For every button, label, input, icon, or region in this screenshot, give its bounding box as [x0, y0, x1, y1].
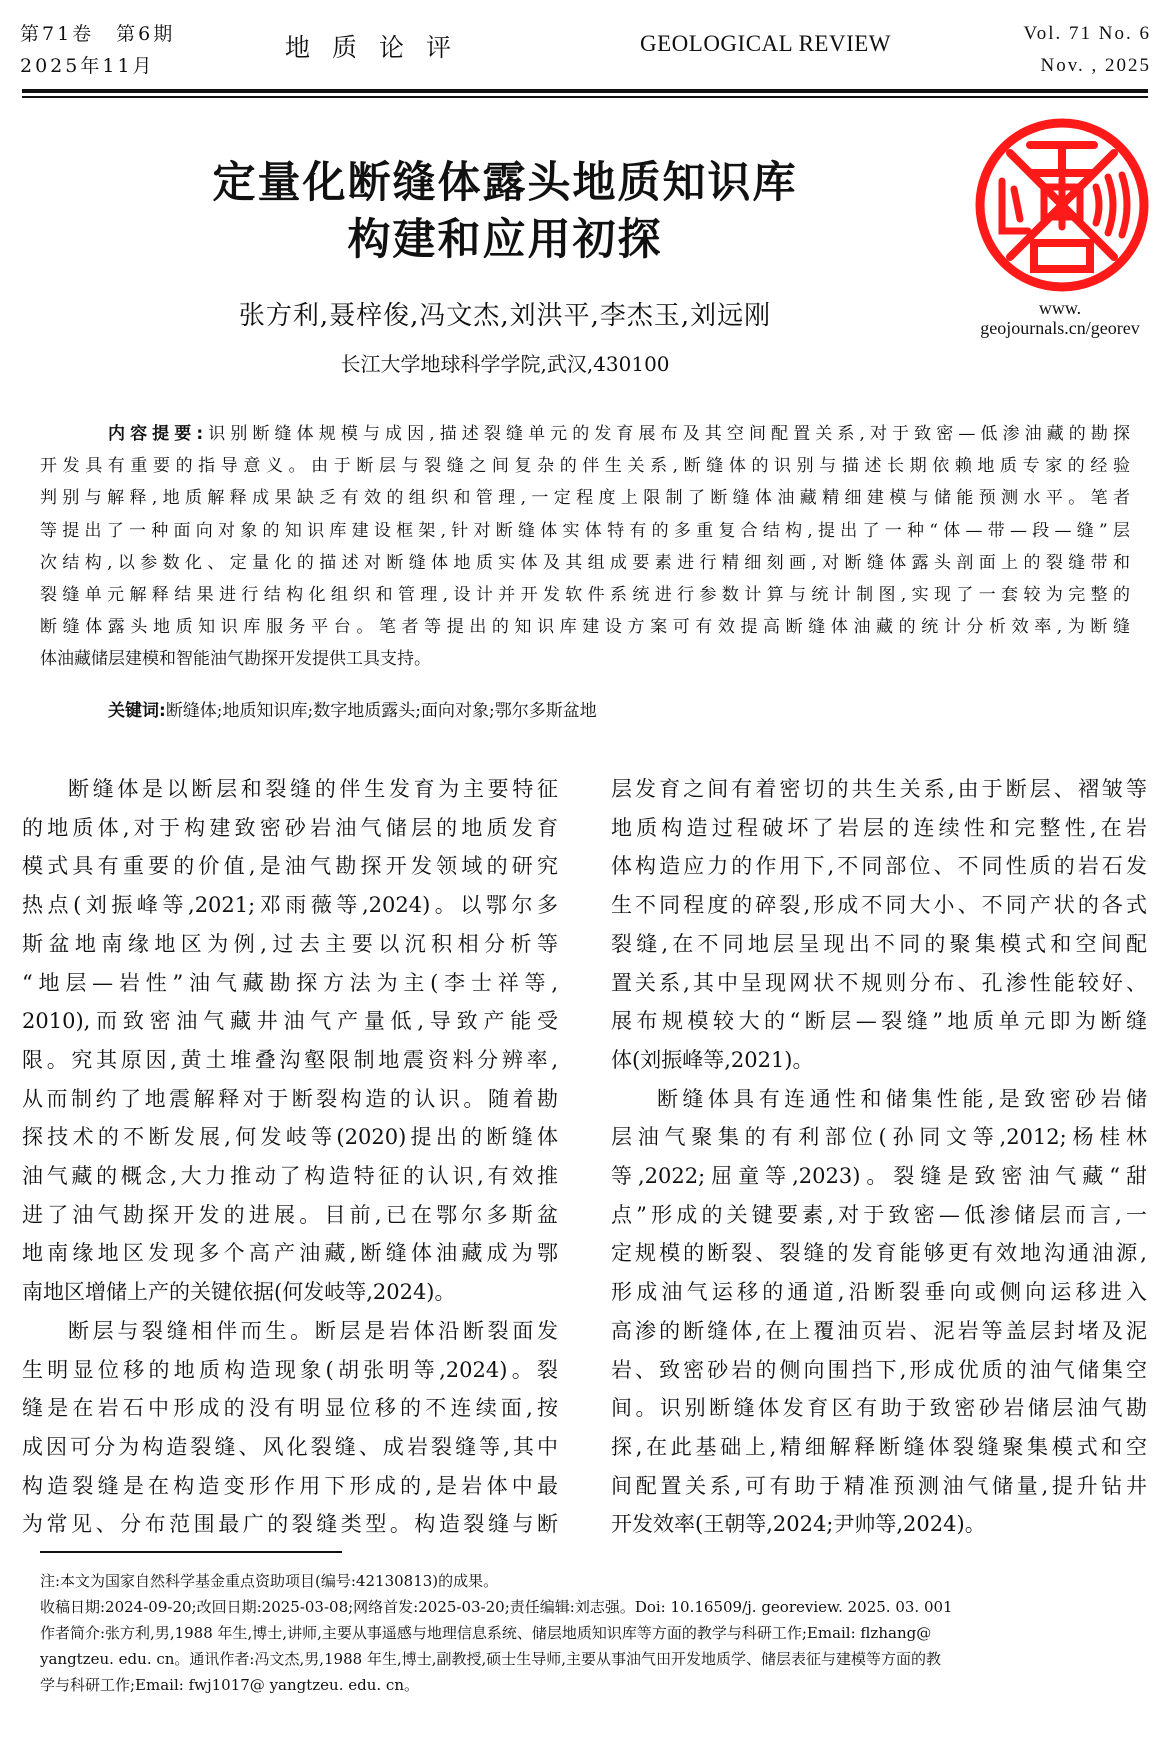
body-text-line: 等,2022;屈童等,2023)。裂缝是致密油气藏“甜 [611, 1157, 1147, 1196]
body-text-line: 高渗的断缝体,在上覆油页岩、泥岩等盖层封堵及泥 [611, 1312, 1147, 1351]
journal-name-en: GEOLOGICAL REVIEW [640, 31, 891, 57]
body-text-line: 置关系,其中呈现网状不规则分布、孔渗性能较好、 [611, 964, 1147, 1003]
keywords: 关键词:断缝体;地质知识库;数字地质露头;面向对象;鄂尔多斯盆地 [108, 696, 597, 721]
body-text-line: 模式具有重要的价值,是油气勘探开发领域的研究 [22, 847, 558, 886]
body-text-line: 体构造应力的作用下,不同部位、不同性质的岩石发 [611, 847, 1147, 886]
issue-date-en: Nov. , 2025 [1023, 50, 1151, 82]
abstract-line: 判别与解释,地质解释成果缺乏有效的组织和管理,一定程度上限制了断缝体油藏精细建模… [40, 482, 1130, 514]
footnote-funding: 注:本文为国家自然科学基金重点资助项目(编号:42130813)的成果。 [40, 1568, 1135, 1594]
body-text-line: 从而制约了地震解释对于断裂构造的认识。随着勘 [22, 1080, 558, 1119]
body-text-line: 斯盆地南缘地区为例,过去主要以沉积相分析等 [22, 925, 558, 964]
title-line-1: 定量化断缝体露头地质知识库 [120, 155, 890, 212]
header-rule-thin [22, 96, 1148, 98]
body-text-line: 南地区增储上产的关键依据(何发岐等,2024)。 [22, 1273, 558, 1312]
abstract-line: 内容提要:识别断缝体规模与成因,描述裂缝单元的发育展布及其空间配置关系,对于致密… [40, 418, 1130, 450]
journal-issue-info: 第71卷 第6期 2025年11月 [20, 18, 175, 82]
body-text-line: 2010),而致密油气藏井油气产量低,导致产能受 [22, 1002, 558, 1041]
footnote-author-bio: yangtzeu. edu. cn。通讯作者:冯文杰,男,1988 年生,博士,… [40, 1646, 1135, 1672]
body-text-line: 进了油气勘探开发的进展。目前,已在鄂尔多斯盆 [22, 1196, 558, 1235]
body-text-line: 成因可分为构造裂缝、风化裂缝、成岩裂缝等,其中 [22, 1428, 558, 1467]
title-line-2: 构建和应用初探 [120, 212, 890, 269]
abstract-line: 体油藏储层建模和智能油气勘探开发提供工具支持。 [40, 643, 1130, 675]
body-text-line: 间。识别断缝体发育区有助于致密砂岩储层油气勘 [611, 1389, 1147, 1428]
body-text-line: 断缝体是以断层和裂缝的伴生发育为主要特征 [22, 770, 558, 809]
keywords-text: 断缝体;地质知识库;数字地质露头;面向对象;鄂尔多斯盆地 [166, 701, 597, 721]
journal-seal-icon [972, 115, 1152, 295]
journal-website-link[interactable]: www. geojournals.cn/georev [955, 298, 1165, 338]
footnote-author-bio: 作者简介:张方利,男,1988 年生,博士,讲师,主要从事遥感与地理信息系统、储… [40, 1620, 1135, 1646]
body-text-line: 热点(刘振峰等,2021;邓雨薇等,2024)。以鄂尔多 [22, 886, 558, 925]
volume-issue: 第71卷 第6期 [20, 18, 175, 50]
body-text-line: “地层—岩性”油气藏勘探方法为主(李士祥等, [22, 964, 558, 1003]
abstract: 内容提要:识别断缝体规模与成因,描述裂缝单元的发育展布及其空间配置关系,对于致密… [40, 418, 1130, 676]
journal-name-cn: 地质论评 [285, 28, 473, 64]
abstract-line: 断缝体露头地质知识库服务平台。笔者等提出的知识库建设方案可有效提高断缝体油藏的统… [40, 611, 1130, 643]
footnote-author-bio: 学与科研工作;Email: fwj1017@ yangtzeu. edu. cn… [40, 1672, 1135, 1698]
footnote-rule [40, 1551, 342, 1553]
url-line-1: www. [955, 298, 1165, 318]
body-text-line: 为常见、分布范围最广的裂缝类型。构造裂缝与断 [22, 1505, 558, 1544]
body-text-line: 岩、致密砂岩的侧向围挡下,形成优质的油气储集空 [611, 1351, 1147, 1390]
body-column-right: 层发育之间有着密切的共生关系,由于断层、褶皱等地质构造过程破坏了岩层的连续性和完… [611, 770, 1147, 1544]
body-text-line: 断缝体具有连通性和储集性能,是致密砂岩储 [611, 1080, 1147, 1119]
body-text-line: 限。究其原因,黄土堆叠沟壑限制地震资料分辨率, [22, 1041, 558, 1080]
body-text-line: 探技术的不断发展,何发岐等(2020)提出的断缝体 [22, 1118, 558, 1157]
body-column-left: 断缝体是以断层和裂缝的伴生发育为主要特征的地质体,对于构建致密砂岩油气储层的地质… [22, 770, 558, 1544]
body-text-line: 定规模的断裂、裂缝的发育能够更有效地沟通油源, [611, 1234, 1147, 1273]
body-text-line: 层发育之间有着密切的共生关系,由于断层、褶皱等 [611, 770, 1147, 809]
url-line-2: geojournals.cn/georev [955, 318, 1165, 338]
abstract-line: 开发具有重要的指导意义。由于断层与裂缝之间复杂的伴生关系,断缝体的识别与描述长期… [40, 450, 1130, 482]
body-text-line: 构造裂缝是在构造变形作用下形成的,是岩体中最 [22, 1467, 558, 1506]
footnote: 注:本文为国家自然科学基金重点资助项目(编号:42130813)的成果。 收稿日… [40, 1568, 1135, 1698]
abstract-line: 次结构,以参数化、定量化的描述对断缝体地质实体及其组成要素进行精细刻画,对断缝体… [40, 547, 1130, 579]
body-text-line: 缝是在岩石中形成的没有明显位移的不连续面,按 [22, 1389, 558, 1428]
body-text-line: 体(刘振峰等,2021)。 [611, 1041, 1147, 1080]
footnote-dates: 收稿日期:2024-09-20;改回日期:2025-03-08;网络首发:202… [40, 1594, 1135, 1620]
body-text-line: 裂缝,在不同地层呈现出不同的聚集模式和空间配 [611, 925, 1147, 964]
article-title: 定量化断缝体露头地质知识库 构建和应用初探 [120, 155, 890, 269]
abstract-line: 等提出了一种面向对象的知识库建设框架,针对断缝体实体特有的多重复合结构,提出了一… [40, 515, 1130, 547]
body-text-line: 地南缘地区发现多个高产油藏,断缝体油藏成为鄂 [22, 1234, 558, 1273]
abstract-text: 识别断缝体规模与成因,描述裂缝单元的发育展布及其空间配置关系,对于致密—低渗油藏… [203, 424, 1130, 444]
body-text-line: 地质构造过程破坏了岩层的连续性和完整性,在岩 [611, 809, 1147, 848]
body-text-line: 点”形成的关键要素,对于致密—低渗储层而言,一 [611, 1196, 1147, 1235]
body-text-line: 展布规模较大的“断层—裂缝”地质单元即为断缝 [611, 1002, 1147, 1041]
issue-date-cn: 2025年11月 [20, 50, 175, 82]
header-rule-thick [22, 89, 1148, 93]
body-text-line: 生不同程度的碎裂,形成不同大小、不同产状的各式 [611, 886, 1147, 925]
keywords-label: 关键词: [108, 701, 166, 721]
volume-number-en: Vol. 71 No. 6 [1023, 18, 1151, 50]
author-list: 张方利,聂梓俊,冯文杰,刘洪平,李杰玉,刘远刚 [120, 295, 890, 332]
body-text-line: 探,在此基础上,精细解释断缝体裂缝聚集模式和空 [611, 1428, 1147, 1467]
body-text-line: 断层与裂缝相伴而生。断层是岩体沿断裂面发 [22, 1312, 558, 1351]
body-text-line: 油气藏的概念,大力推动了构造特征的认识,有效推 [22, 1157, 558, 1196]
body-text-line: 间配置关系,可有助于精准预测油气储量,提升钻井 [611, 1467, 1147, 1506]
abstract-label: 内容提要: [108, 424, 203, 444]
body-text-line: 生明显位移的地质构造现象(胡张明等,2024)。裂 [22, 1351, 558, 1390]
abstract-line: 裂缝单元解释结果进行结构化组织和管理,设计并开发软件系统进行参数计算与统计制图,… [40, 579, 1130, 611]
affiliation: 长江大学地球科学学院,武汉,430100 [120, 348, 890, 377]
body-text-line: 层油气聚集的有利部位(孙同文等,2012;杨桂林 [611, 1118, 1147, 1157]
body-text-line: 形成油气运移的通道,沿断裂垂向或侧向运移进入 [611, 1273, 1147, 1312]
body-text-line: 开发效率(王朝等,2024;尹帅等,2024)。 [611, 1505, 1147, 1544]
journal-issue-info-en: Vol. 71 No. 6 Nov. , 2025 [1023, 18, 1151, 82]
body-text-line: 的地质体,对于构建致密砂岩油气储层的地质发育 [22, 809, 558, 848]
